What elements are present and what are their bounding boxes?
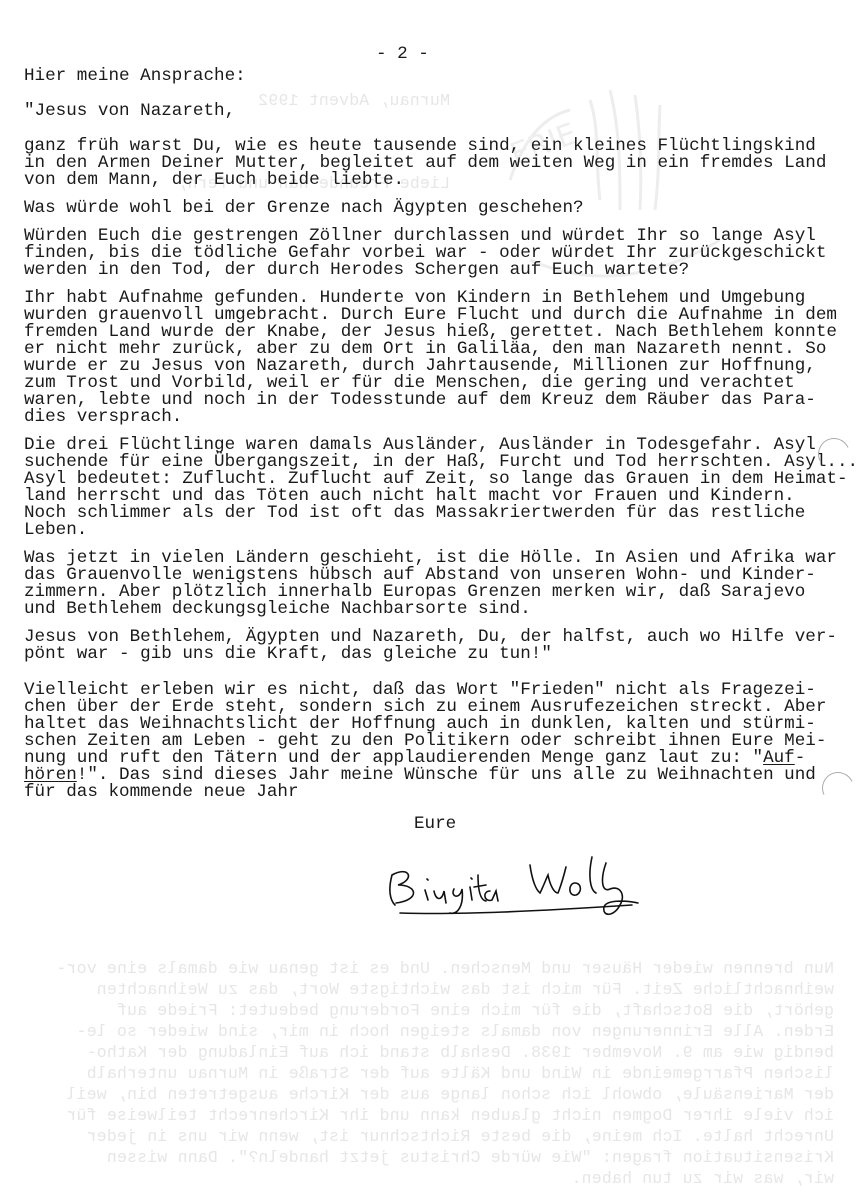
letter-line: und Bethlehem deckungsgleiche Nachbarsor… xyxy=(24,601,531,618)
bleed-line: weihnachtliche Zeit. Für mich ist das wi… xyxy=(24,979,834,1000)
letter-line: von dem Mann, der Euch beide liebte. xyxy=(24,172,404,189)
letter-line: dies versprach. xyxy=(24,409,182,426)
letter-line: werden in den Tod, der durch Herodes Sch… xyxy=(24,262,689,279)
bleed-line: der Mariensäule, obwohl ich schon lange … xyxy=(24,1084,834,1105)
page-number: - 2 - xyxy=(376,44,429,64)
signature: Birgitta Wolf xyxy=(370,845,650,925)
punch-hole-mark xyxy=(817,767,858,808)
closing-text: Eure xyxy=(414,814,456,834)
bleed-through-text: Nun brennen wieder Häuser und Menschen. … xyxy=(24,958,834,1189)
letter-line: Leben. xyxy=(24,522,87,539)
bleed-line: Erden. Alle Erinnerungen von damals stei… xyxy=(24,1021,834,1042)
bleed-line: lischen Pfarrgemeinde in Wind und Kälte … xyxy=(24,1063,834,1084)
bleed-line: ich viele ihrer Dogmen nicht glauben kan… xyxy=(24,1105,834,1126)
letter-line: Hier meine Ansprache: xyxy=(24,68,246,85)
bleed-line: wir, was wir zu tun haben. xyxy=(24,1168,834,1189)
bleed-line: bendig wie am 9. November 1938. Deshalb … xyxy=(24,1042,834,1063)
bleed-line: Unrecht halte. Ich meine, die beste Rich… xyxy=(24,1126,834,1147)
letter-line: "Jesus von Nazareth, xyxy=(24,103,235,120)
letter-line: Was würde wohl bei der Grenze nach Ägypt… xyxy=(24,200,584,217)
letter-line: für das kommende neue Jahr xyxy=(24,784,299,801)
bleed-line: Nun brennen wieder Häuser und Menschen. … xyxy=(24,958,834,979)
letter-page: ERIE Murnau, Advent 1992 Liebe Freunde n… xyxy=(0,0,858,1199)
letter-line: pönt war - gib uns die Kraft, das gleich… xyxy=(24,646,552,663)
bleed-line: Krisensituation fragen: "Wie würde Chris… xyxy=(24,1147,834,1168)
bleed-line: gehört, die Botschaft, die für mich eine… xyxy=(24,1000,834,1021)
letter-line: Noch schlimmer als der Tod ist oft das M… xyxy=(24,505,805,522)
